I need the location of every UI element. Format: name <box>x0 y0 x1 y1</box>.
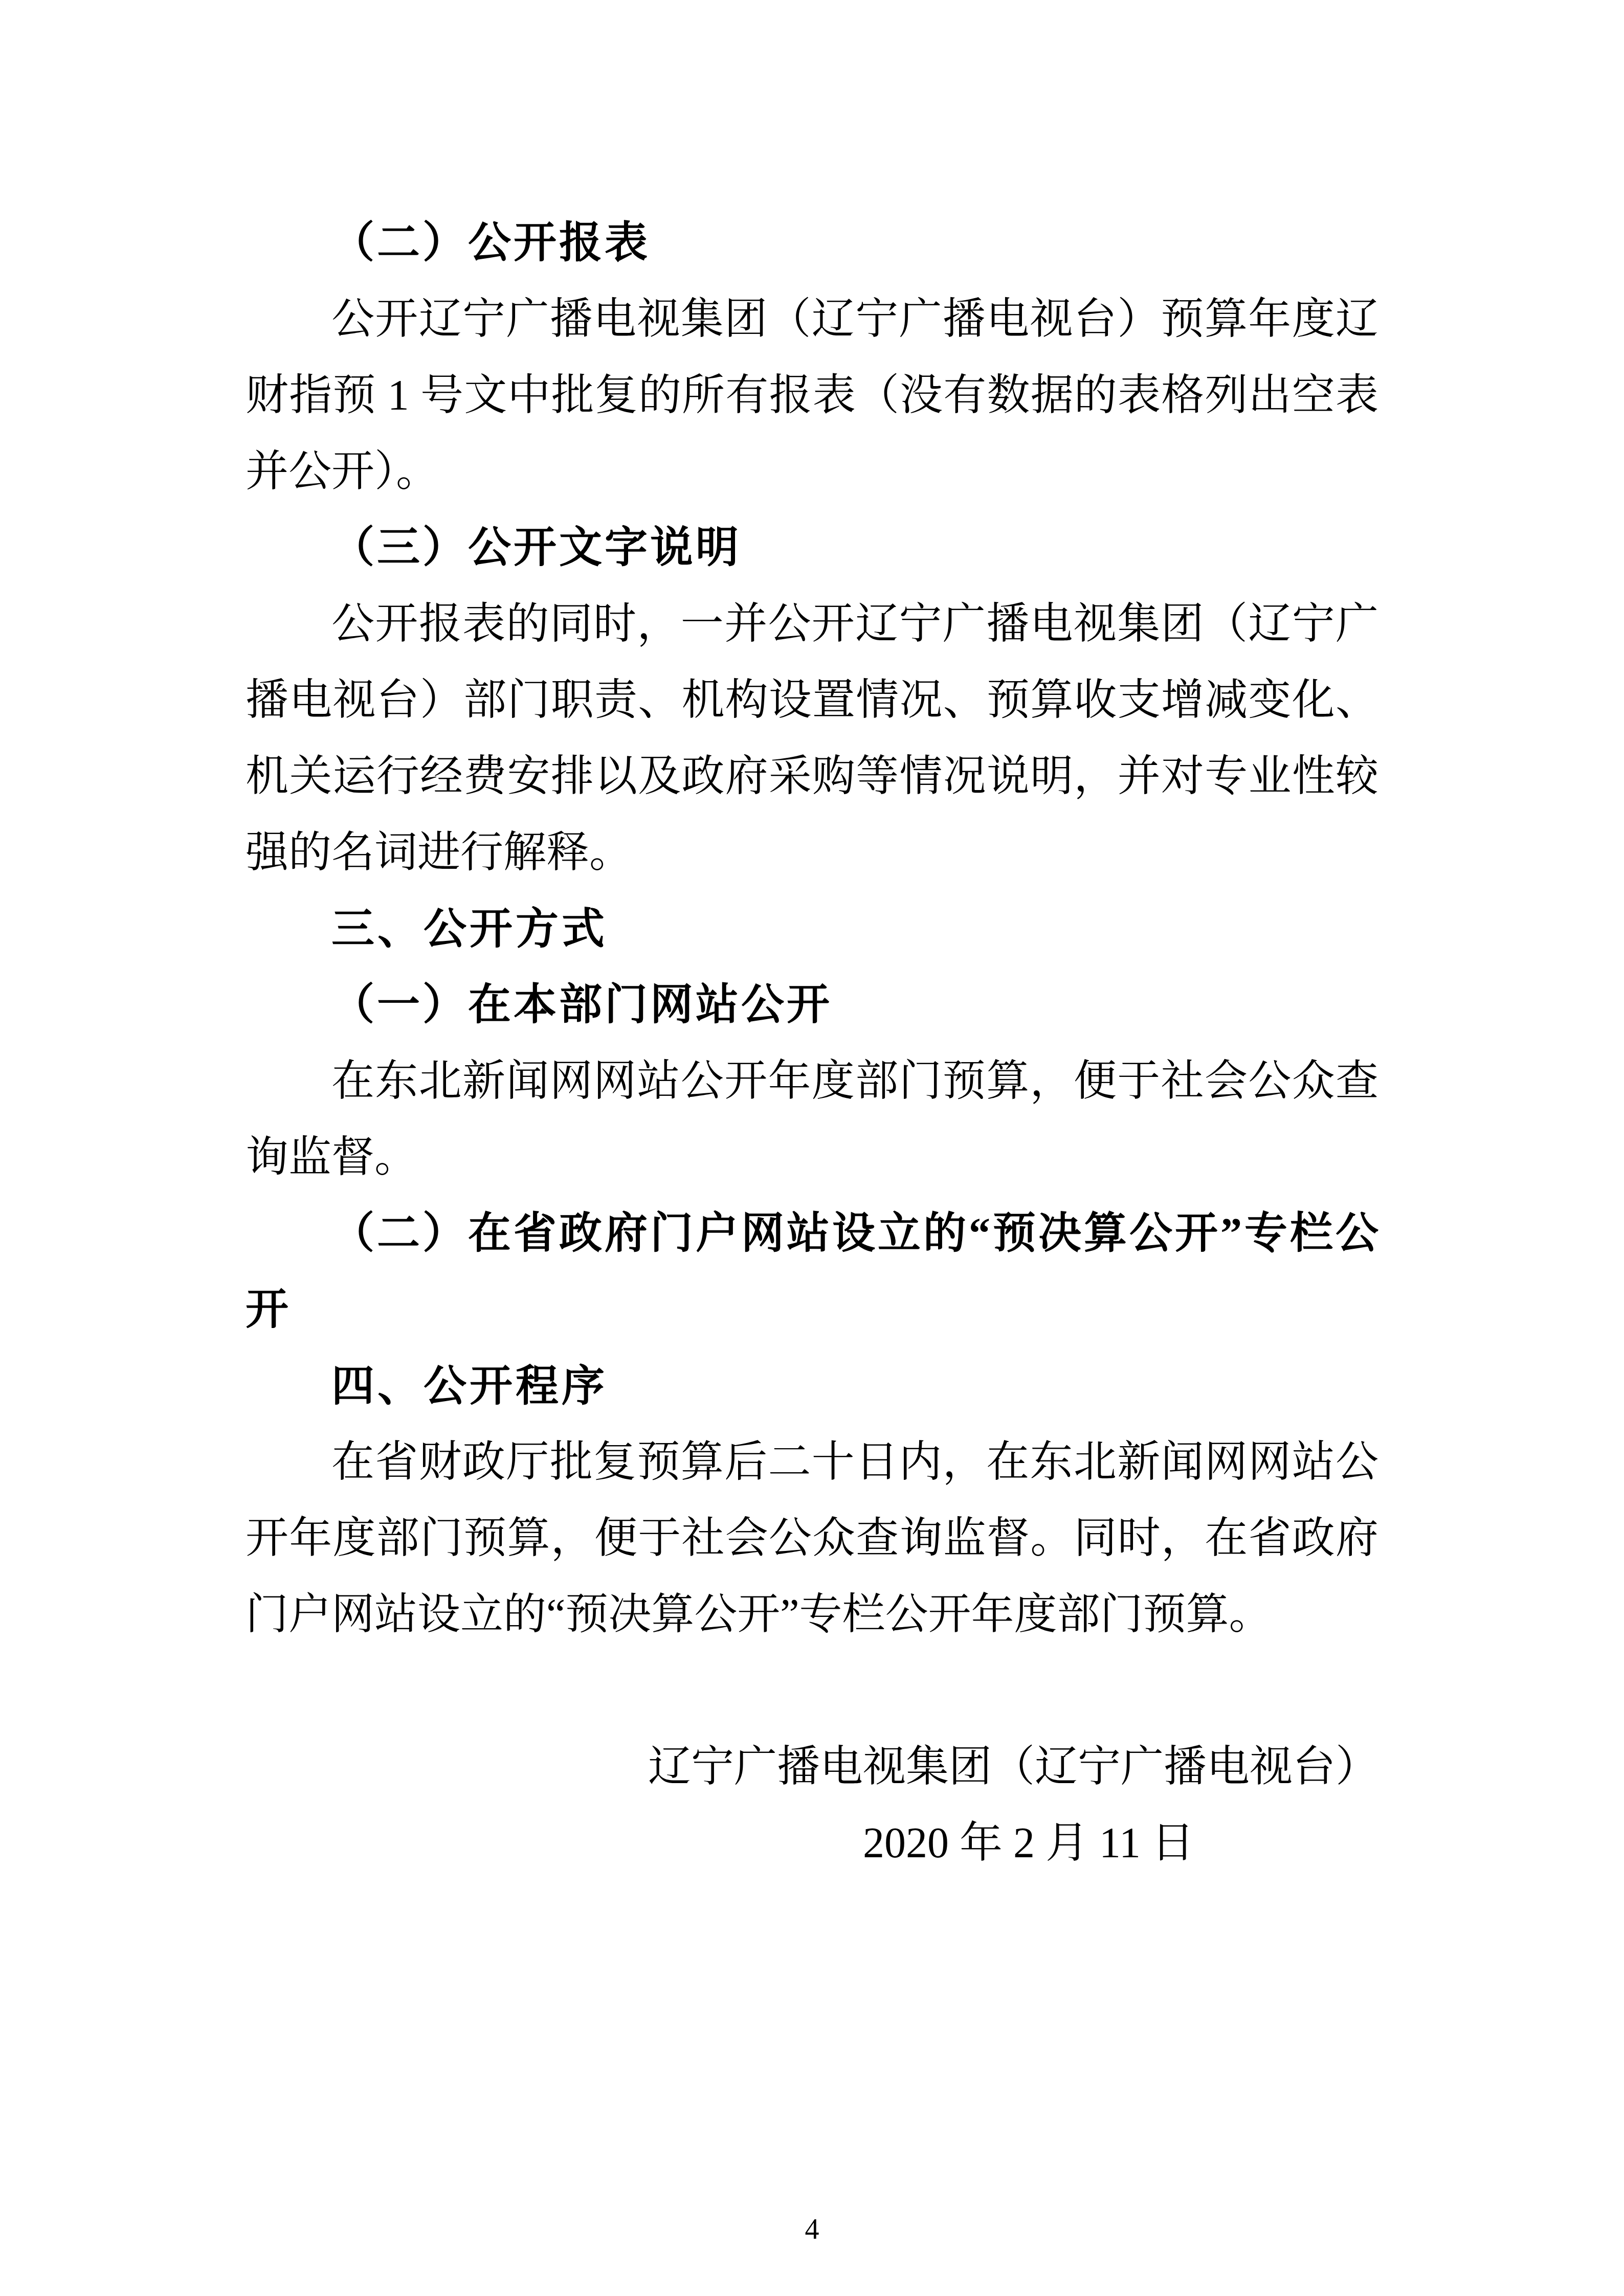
blank-line <box>246 1653 1378 1729</box>
paragraph-line: 并公开）。 <box>246 434 1378 510</box>
paragraph-line: 在省财政厅批复预算后二十日内，在东北新闻网网站公 <box>246 1424 1378 1500</box>
document-content: （二）公开报表公开辽宁广播电视集团（辽宁广播电视台）预算年度辽财指预 1 号文中… <box>246 205 1378 1881</box>
paragraph-line: 公开辽宁广播电视集团（辽宁广播电视台）预算年度辽 <box>246 281 1378 357</box>
subsection-heading: （二）在省政府门户网站设立的“预决算公开”专栏公 <box>246 1196 1378 1272</box>
paragraph-line: 强的名词进行解释。 <box>246 815 1378 891</box>
paragraph-line: 在东北新闻网网站公开年度部门预算，便于社会公众查 <box>246 1043 1378 1119</box>
section-heading: 四、公开程序 <box>246 1348 1378 1424</box>
paragraph-line: 公开报表的同时，一并公开辽宁广播电视集团（辽宁广 <box>246 586 1378 662</box>
paragraph-line: 机关运行经费安排以及政府采购等情况说明，并对专业性较 <box>246 738 1378 815</box>
paragraph-line: 询监督。 <box>246 1119 1378 1196</box>
date-line: 2020 年 2 月 11 日 <box>246 1805 1378 1881</box>
subsection-heading: （三）公开文字说明 <box>246 510 1378 586</box>
paragraph-line: 播电视台）部门职责、机构设置情况、预算收支增减变化、 <box>246 662 1378 738</box>
subsection-heading: （二）公开报表 <box>246 205 1378 281</box>
paragraph-line: 门户网站设立的“预决算公开”专栏公开年度部门预算。 <box>246 1577 1378 1653</box>
signature-line: 辽宁广播电视集团（辽宁广播电视台） <box>246 1729 1378 1805</box>
a4-page: （二）公开报表公开辽宁广播电视集团（辽宁广播电视台）预算年度辽财指预 1 号文中… <box>0 0 1624 2296</box>
section-heading: 三、公开方式 <box>246 891 1378 967</box>
page-number: 4 <box>0 2204 1624 2255</box>
paragraph-line: 财指预 1 号文中批复的所有报表（没有数据的表格列出空表 <box>246 357 1378 434</box>
subsection-heading: （一）在本部门网站公开 <box>246 967 1378 1043</box>
paragraph-line: 开年度部门预算，便于社会公众查询监督。同时，在省政府 <box>246 1500 1378 1577</box>
subsection-heading: 开 <box>246 1272 1378 1348</box>
